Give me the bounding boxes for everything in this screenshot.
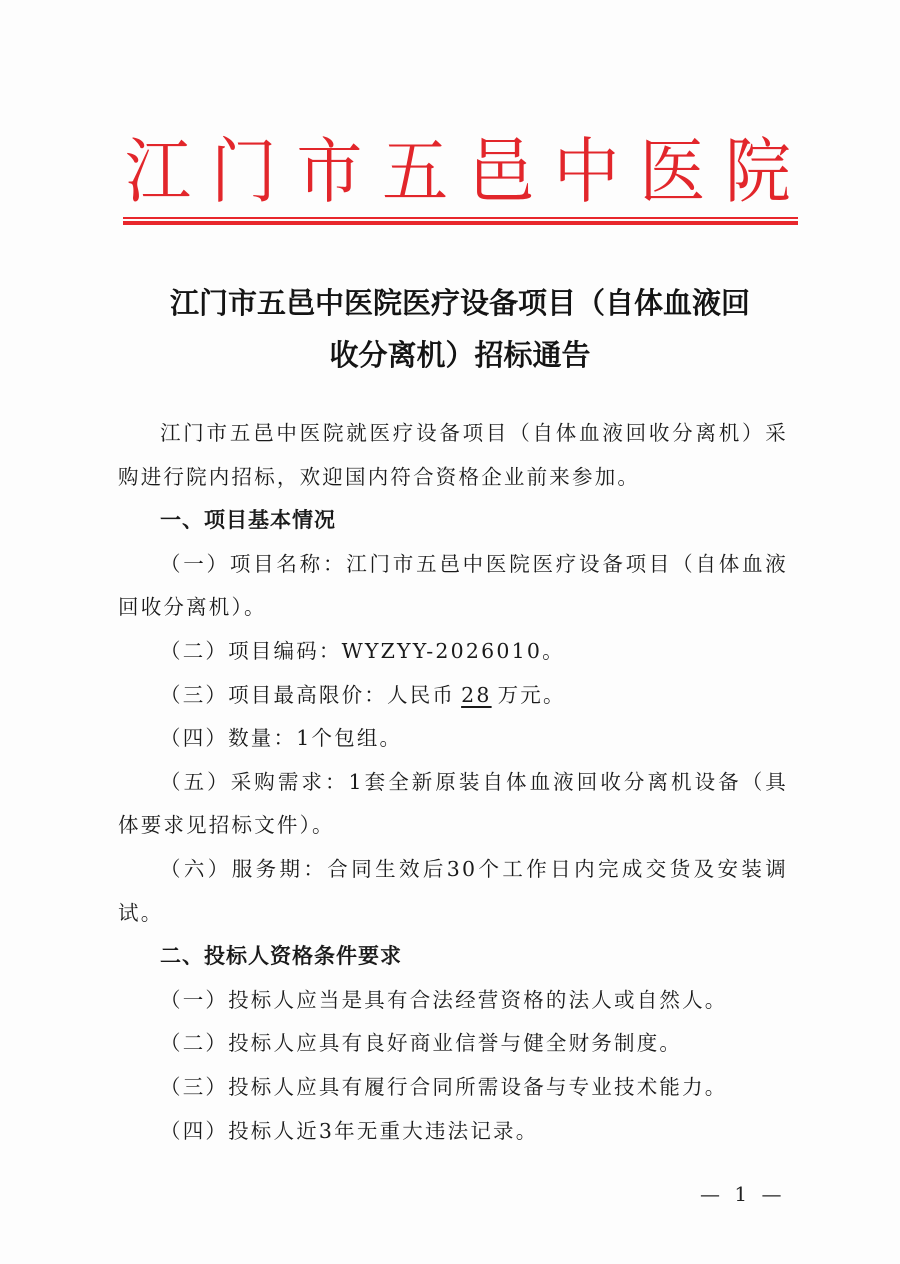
letterhead-char: 五 [375,129,455,215]
letterhead-org-name: 江 门 市 五 邑 中 医 院 [118,132,798,212]
letterhead-char: 市 [289,129,369,215]
max-price-prefix: （三）项目最高限价：人民币 [160,683,455,707]
max-price-amount: 28 [455,683,498,707]
letterhead-char: 门 [204,129,284,215]
item-requirement: （五）采购需求：1套全新原装自体血液回收分离机设备（具体要求见招标文件）。 [118,761,788,848]
section-heading-basic-info: 一、项目基本情况 [118,499,788,543]
letterhead-divider-thin [123,217,798,219]
letterhead-char: 医 [632,129,712,215]
letterhead-char: 中 [547,129,627,215]
letterhead-divider-thick [123,221,798,225]
page-number: — 1 — [700,1182,785,1206]
letterhead-char: 院 [718,129,798,215]
qualification-item: （二）投标人应具有良好商业信誉与健全财务制度。 [118,1022,788,1066]
notice-title-line1: 江门市五邑中医院医疗设备项目（自体血液回 [110,277,810,329]
letterhead-char: 邑 [461,129,541,215]
max-price-suffix: 万元。 [498,683,566,707]
item-quantity: （四）数量：1个包组。 [118,717,788,761]
item-max-price: （三）项目最高限价：人民币28万元。 [118,674,788,718]
qualification-item: （一）投标人应当是具有合法经营资格的法人或自然人。 [118,979,788,1023]
intro-paragraph: 江门市五邑中医院就医疗设备项目（自体血液回收分离机）采购进行院内招标，欢迎国内符… [118,412,788,499]
qualification-item: （四）投标人近3年无重大违法记录。 [118,1110,788,1154]
section-heading-qualifications: 二、投标人资格条件要求 [118,935,788,979]
qualification-item: （三）投标人应具有履行合同所需设备与专业技术能力。 [118,1066,788,1110]
notice-title: 江门市五邑中医院医疗设备项目（自体血液回 收分离机）招标通告 [110,277,810,381]
notice-body: 江门市五邑中医院就医疗设备项目（自体血液回收分离机）采购进行院内招标，欢迎国内符… [118,412,788,1153]
item-project-name: （一）项目名称：江门市五邑中医院医疗设备项目（自体血液回收分离机）。 [118,543,788,630]
item-service-period: （六）服务期：合同生效后30个工作日内完成交货及安装调试。 [118,848,788,935]
item-project-code: （二）项目编码：WYZYY-2026010。 [118,630,788,674]
notice-title-line2: 收分离机）招标通告 [110,329,810,381]
letterhead-char: 江 [118,129,198,215]
